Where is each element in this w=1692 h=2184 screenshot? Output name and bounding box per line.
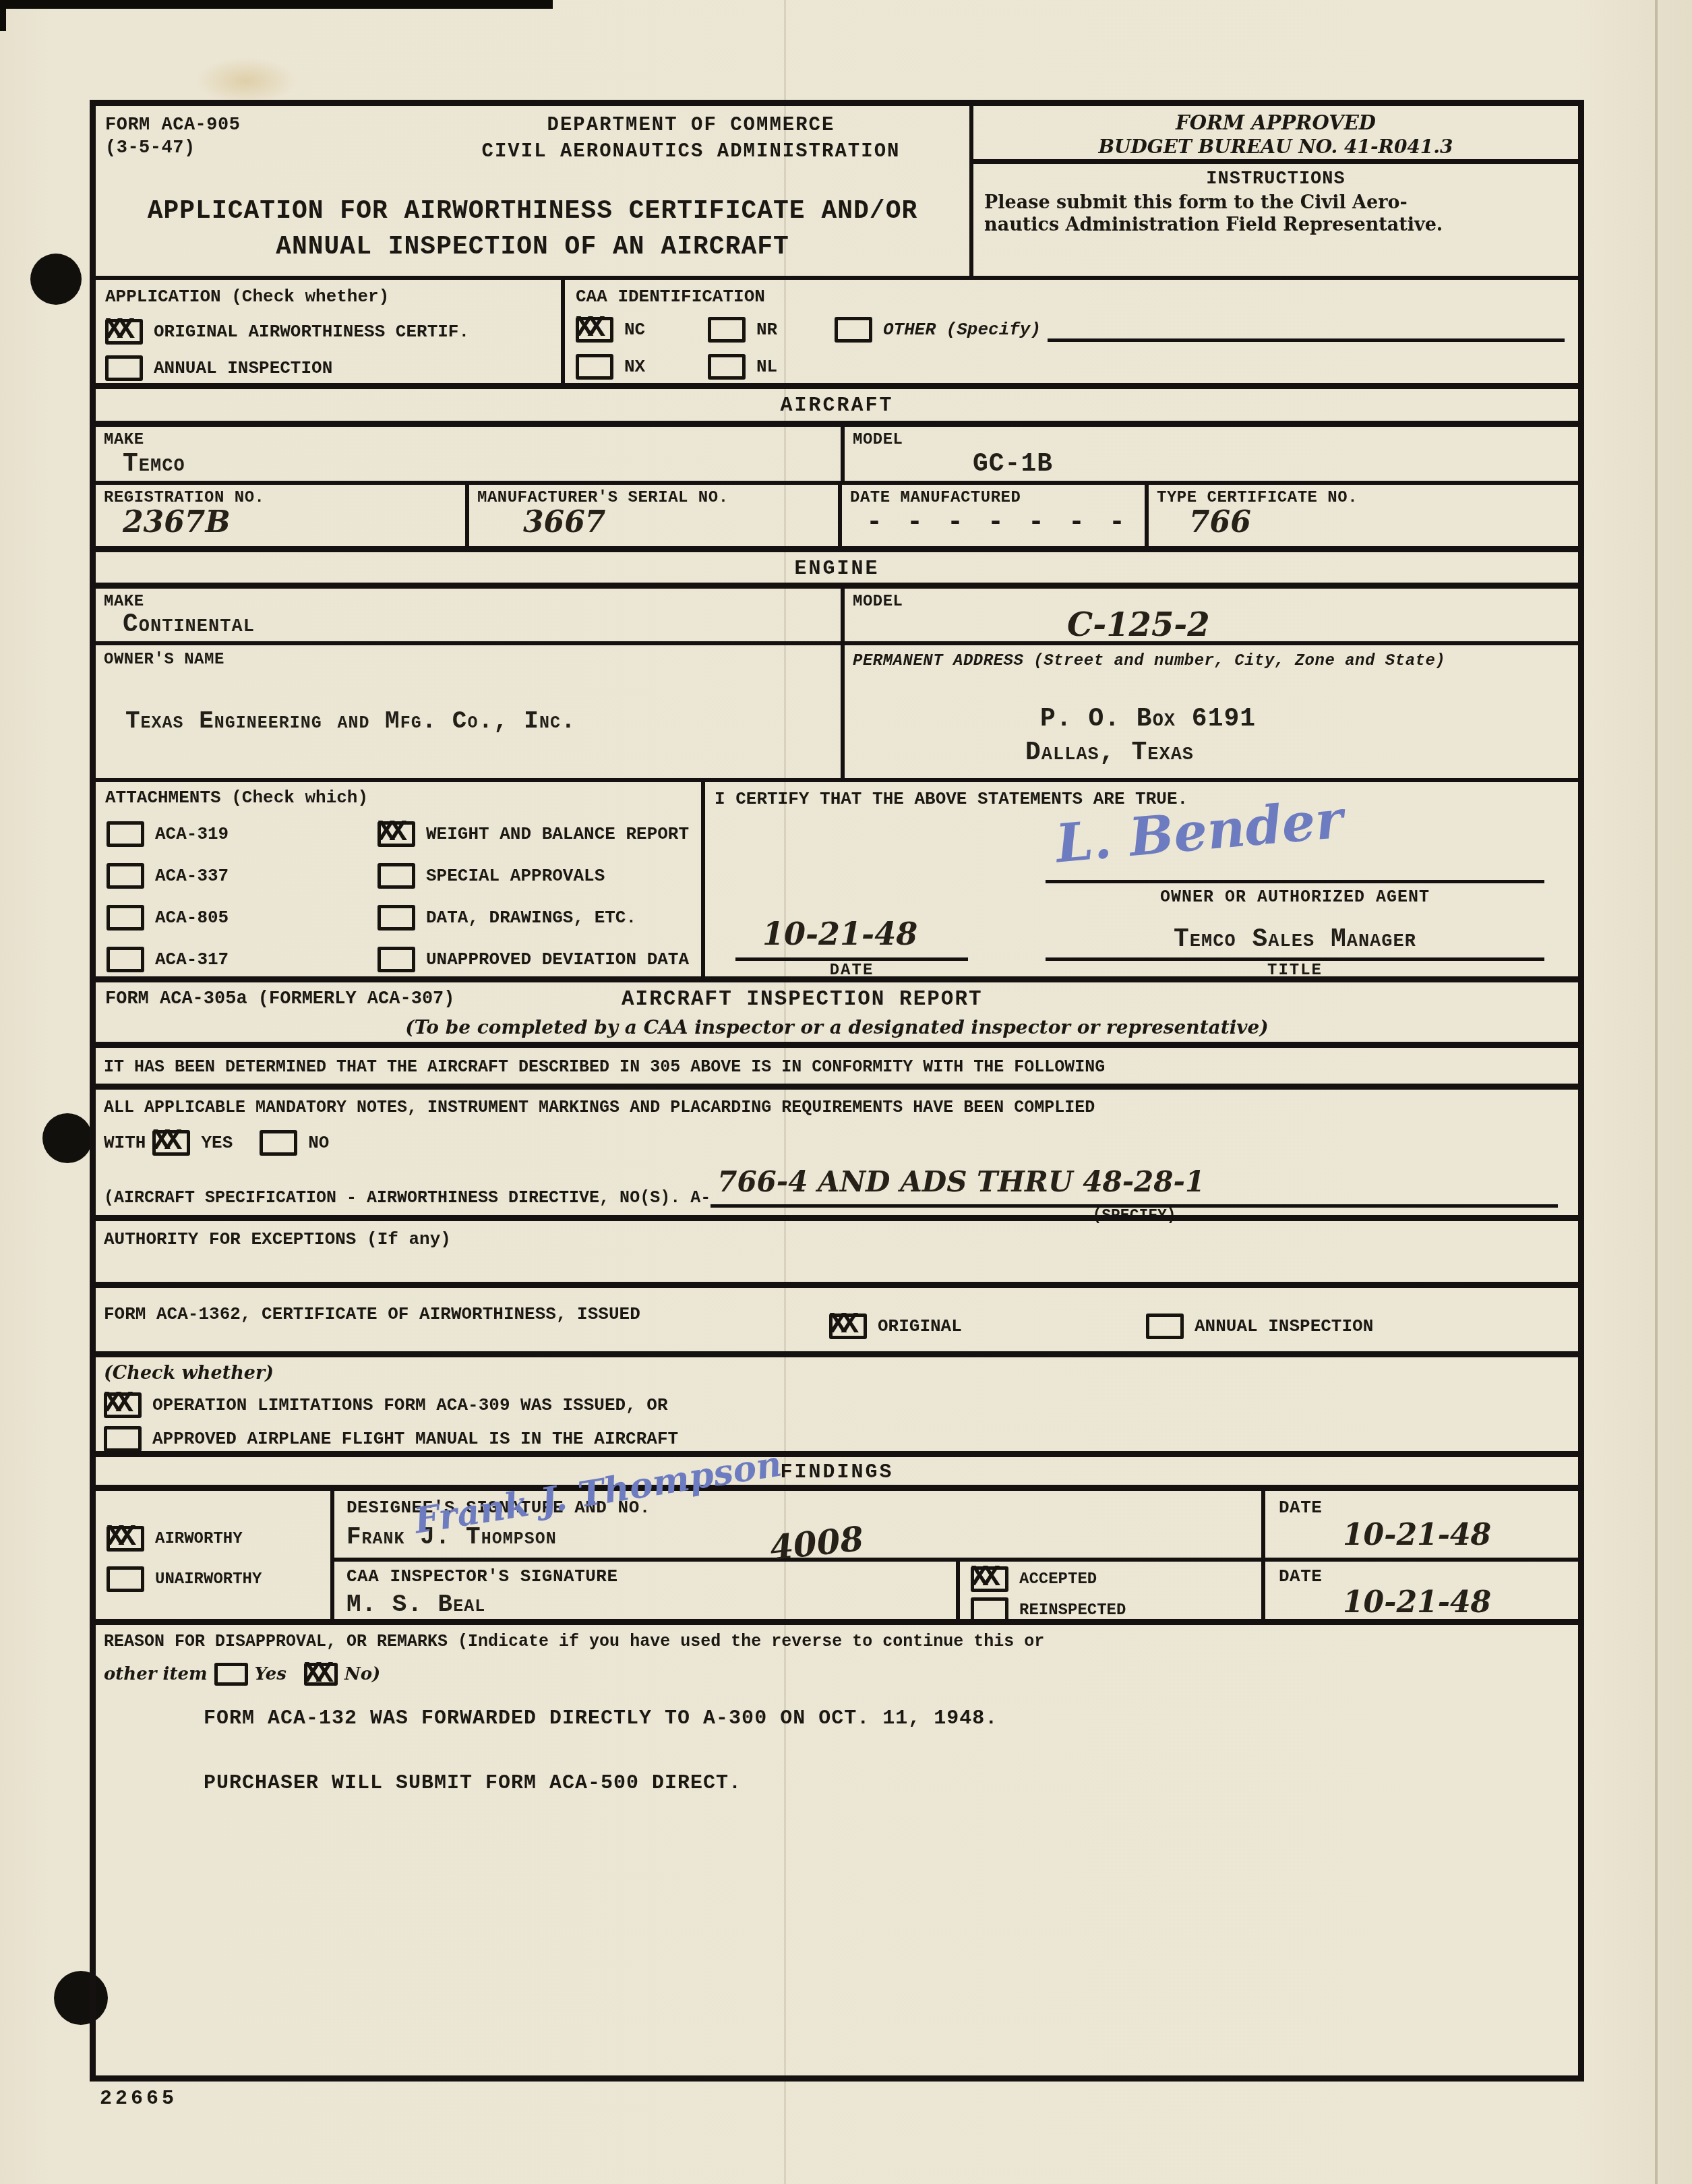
date-label: DATE bbox=[1279, 1498, 1322, 1518]
registration-value: 2367B bbox=[123, 505, 231, 539]
inspection-report-header-cell: FORM ACA-305a (FORMERLY ACA-307) AIRCRAF… bbox=[96, 982, 1578, 1042]
airworthy-option: AIRWORTHY bbox=[107, 1526, 243, 1552]
checkbox-weight-balance bbox=[377, 821, 415, 847]
findings-table: AIRWORTHY UNAIRWORTHY DESIGNEE'S SIGNATU… bbox=[96, 1485, 1578, 1619]
department-block: DEPARTMENT OF COMMERCE CIVIL AERONAUTICS… bbox=[419, 114, 963, 163]
compliance-cell: ALL APPLICABLE MANDATORY NOTES, INSTRUME… bbox=[96, 1090, 1578, 1215]
form-serial-number: 22665 bbox=[100, 2088, 177, 2111]
paper-stain bbox=[195, 57, 297, 105]
application-original-option: ORIGINAL AIRWORTHINESS CERTIF. bbox=[105, 319, 469, 345]
type-certificate-label: TYPE CERTIFICATE NO. bbox=[1157, 489, 1358, 507]
checkbox-label: ORIGINAL AIRWORTHINESS CERTIF. bbox=[154, 322, 469, 342]
aircraft-make-value: Temco bbox=[123, 450, 185, 479]
owner-row: OWNER'S NAME Texas Engineering and Mfg. … bbox=[96, 641, 1578, 778]
scan-edge-artifact bbox=[0, 0, 6, 31]
checkbox-label: NL bbox=[756, 357, 777, 377]
checkbox-label: YES bbox=[201, 1133, 233, 1153]
attachment-option: ACA-337 bbox=[107, 863, 229, 889]
checkbox-label: ANNUAL INSPECTION bbox=[154, 358, 332, 378]
application-annual-option: ANNUAL INSPECTION bbox=[105, 355, 332, 381]
form-title-line2: ANNUAL INSPECTION OF AN AIRCRAFT bbox=[96, 233, 969, 262]
checkbox-airworthy bbox=[107, 1526, 144, 1552]
owner-name-value: Texas Engineering and Mfg. Co., Inc. bbox=[125, 707, 576, 735]
checkbox-label: REINSPECTED bbox=[1019, 1601, 1126, 1620]
other-specify-line bbox=[1048, 318, 1565, 342]
determined-cell: IT HAS BEEN DETERMINED THAT THE AIRCRAFT… bbox=[96, 1048, 1578, 1084]
form-305a-number: FORM ACA-305a (FORMERLY ACA-307) bbox=[105, 989, 455, 1009]
department-line: DEPARTMENT OF COMMERCE bbox=[419, 114, 963, 136]
checkbox-special-approvals bbox=[377, 863, 415, 889]
checkbox-label: No) bbox=[344, 1664, 380, 1684]
attachment-option: ACA-319 bbox=[107, 821, 229, 847]
determined-row: IT HAS BEEN DETERMINED THAT THE AIRCRAFT… bbox=[96, 1042, 1578, 1084]
findings-section-title: FINDINGS bbox=[96, 1457, 1578, 1485]
attachments-certification-row: ATTACHMENTS (Check which) ACA-319 ACA-33… bbox=[96, 778, 1578, 976]
type-certificate-value: 766 bbox=[1189, 505, 1251, 539]
budget-approval-box: FORM APPROVED BUDGET BUREAU NO. 41-R041.… bbox=[973, 106, 1578, 164]
remarks-text1: REASON FOR DISAPPROVAL, OR REMARKS (Indi… bbox=[104, 1632, 1044, 1651]
spec-entry-line: 766-4 AND ADS THRU 48-28-1 (SPECIFY) bbox=[711, 1169, 1558, 1208]
check-whether-cell: (Check whether) OPERATION LIMITATIONS FO… bbox=[96, 1357, 1578, 1451]
checkbox-no bbox=[260, 1130, 297, 1156]
serial-value: 3667 bbox=[523, 505, 605, 539]
checkbox-label: NX bbox=[624, 357, 645, 377]
aircraft-make-cell: MAKE Temco bbox=[96, 427, 841, 481]
aircraft-model-cell: MODEL GC-1B bbox=[841, 427, 1578, 481]
checkbox-issued-annual bbox=[1146, 1314, 1184, 1339]
scan-edge-artifact bbox=[0, 0, 553, 9]
caa-nc-option: NC bbox=[576, 317, 645, 343]
checkbox-label: ANNUAL INSPECTION bbox=[1195, 1316, 1373, 1336]
attachment-option: UNAPPROVED DEVIATION DATA bbox=[377, 947, 689, 972]
instructions-title: INSTRUCTIONS bbox=[973, 169, 1578, 189]
form-number: FORM ACA-905 bbox=[105, 115, 240, 136]
checkbox-label: APPROVED AIRPLANE FLIGHT MANUAL IS IN TH… bbox=[152, 1429, 678, 1449]
serial-cell: MANUFACTURER'S SERIAL NO. 3667 bbox=[465, 485, 838, 546]
punch-hole bbox=[30, 254, 82, 305]
aca-1362-row: FORM ACA-1362, CERTIFICATE OF AIRWORTHIN… bbox=[96, 1282, 1578, 1351]
caa-nr-option: NR bbox=[708, 317, 777, 343]
registration-cell: REGISTRATION NO. 2367B bbox=[96, 485, 465, 546]
remarks-typed-line1: FORM ACA-132 WAS FORWARDED DIRECTLY TO A… bbox=[204, 1707, 998, 1730]
model-label: MODEL bbox=[853, 431, 903, 449]
unairworthy-option: UNAIRWORTHY bbox=[107, 1566, 262, 1592]
checkbox-aca-317 bbox=[107, 947, 144, 972]
inspection-report-header: FORM ACA-305a (FORMERLY ACA-307) AIRCRAF… bbox=[96, 976, 1578, 1042]
checkbox-unapproved-deviation bbox=[377, 947, 415, 972]
checkbox-aca-805 bbox=[107, 905, 144, 931]
paper-crease bbox=[1655, 0, 1658, 2184]
header-left: FORM ACA-905 (3-5-47) DEPARTMENT OF COMM… bbox=[96, 106, 969, 276]
checkbox-label: ACCEPTED bbox=[1019, 1570, 1097, 1589]
attachment-option: ACA-317 bbox=[107, 947, 229, 972]
inspector-date-value: 10-21-48 bbox=[1343, 1585, 1491, 1620]
certification-cell: I CERTIFY THAT THE ABOVE STATEMENTS ARE … bbox=[701, 782, 1578, 976]
attachment-option: WEIGHT AND BALANCE REPORT bbox=[377, 821, 689, 847]
spec-label: (AIRCRAFT SPECIFICATION - AIRWORTHINESS … bbox=[104, 1188, 711, 1208]
punch-hole bbox=[42, 1113, 92, 1163]
scanned-form-page: FORM ACA-905 (3-5-47) DEPARTMENT OF COMM… bbox=[0, 0, 1692, 2184]
checkbox-label: WEIGHT AND BALANCE REPORT bbox=[426, 824, 689, 844]
aca-1362-label: FORM ACA-1362, CERTIFICATE OF AIRWORTHIN… bbox=[104, 1304, 640, 1324]
administration-line: CIVIL AERONAUTICS ADMINISTRATION bbox=[419, 140, 963, 163]
checkbox-other bbox=[835, 317, 872, 343]
remarks-label-line2: other item Yes No) bbox=[104, 1663, 380, 1686]
make-label: MAKE bbox=[104, 431, 144, 449]
determined-text: IT HAS BEEN DETERMINED THAT THE AIRCRAFT… bbox=[104, 1057, 1105, 1077]
aircraft-section-title: AIRCRAFT bbox=[96, 389, 1578, 421]
caa-nl-option: NL bbox=[708, 354, 777, 380]
attachments-label: ATTACHMENTS (Check which) bbox=[105, 788, 368, 808]
form-title: APPLICATION FOR AIRWORTHINESS CERTIFICAT… bbox=[96, 197, 969, 262]
caa-other-option: OTHER (Specify) bbox=[835, 317, 1565, 343]
aircraft-registration-row: REGISTRATION NO. 2367B MANUFACTURER'S SE… bbox=[96, 481, 1578, 546]
caa-identification-label: CAA IDENTIFICATION bbox=[576, 287, 765, 307]
checkbox-label: ACA-337 bbox=[155, 866, 229, 886]
authority-row: AUTHORITY FOR EXCEPTIONS (If any) bbox=[96, 1215, 1578, 1282]
checkbox-annual-inspection bbox=[105, 355, 143, 381]
designee-date-value: 10-21-48 bbox=[1343, 1518, 1491, 1552]
checkbox-label: DATA, DRAWINGS, ETC. bbox=[426, 908, 636, 928]
attachment-option: SPECIAL APPROVALS bbox=[377, 863, 605, 889]
checkbox-label: NO bbox=[308, 1133, 329, 1153]
checkbox-nr bbox=[708, 317, 746, 343]
checkbox-label: ACA-317 bbox=[155, 949, 229, 970]
other-item-text: other item bbox=[104, 1664, 208, 1684]
engine-make-value: Continental bbox=[123, 610, 255, 639]
checkbox-flight-manual bbox=[104, 1426, 142, 1452]
checkbox-reverse-yes bbox=[214, 1663, 248, 1686]
address-line1: P. O. Box 6191 bbox=[1040, 705, 1256, 734]
signature-caption: OWNER OR AUTHORIZED AGENT bbox=[1046, 887, 1544, 907]
caa-nx-option: NX bbox=[576, 354, 645, 380]
checkbox-nc bbox=[576, 317, 613, 343]
aircraft-make-model-row: MAKE Temco MODEL GC-1B bbox=[96, 421, 1578, 481]
spec-directive-line: (AIRCRAFT SPECIFICATION - AIRWORTHINESS … bbox=[104, 1169, 1558, 1208]
checkbox-accepted bbox=[971, 1566, 1008, 1592]
checkbox-label: ACA-805 bbox=[155, 908, 229, 928]
form-title-line1: APPLICATION FOR AIRWORTHINESS CERTIFICAT… bbox=[96, 197, 969, 226]
remarks-typed-line2: PURCHASER WILL SUBMIT FORM ACA-500 DIREC… bbox=[204, 1772, 742, 1795]
serial-label: MANUFACTURER'S SERIAL NO. bbox=[477, 489, 729, 507]
checkbox-original-airworthiness bbox=[105, 319, 143, 345]
remarks-label1-text: REASON FOR DISAPPROVAL, OR REMARKS (Indi… bbox=[104, 1632, 1044, 1651]
checkbox-label: UNAPPROVED DEVIATION DATA bbox=[426, 949, 689, 970]
application-section: APPLICATION (Check whether) ORIGINAL AIR… bbox=[96, 276, 1578, 383]
header-right: FORM APPROVED BUDGET BUREAU NO. 41-R041.… bbox=[969, 106, 1578, 276]
owner-address-cell: PERMANENT ADDRESS (Street and number, Ci… bbox=[841, 645, 1578, 778]
date-label: DATE bbox=[1279, 1566, 1322, 1587]
form-revision: (3-5-47) bbox=[105, 138, 195, 158]
registration-label: REGISTRATION NO. bbox=[104, 489, 264, 507]
engine-make-cell: MAKE Continental bbox=[96, 589, 841, 641]
inspection-report-subtitle: (To be completed by a CAA inspector or a… bbox=[96, 1016, 1578, 1038]
attachment-option: ACA-805 bbox=[107, 905, 229, 931]
with-text: WITH bbox=[104, 1133, 146, 1153]
issued-annual-option: ANNUAL INSPECTION bbox=[1146, 1314, 1373, 1339]
checkbox-label: OTHER (Specify) bbox=[883, 320, 1041, 340]
aircraft-model-value: GC-1B bbox=[973, 450, 1053, 479]
date-manufactured-label: DATE MANUFACTURED bbox=[850, 489, 1021, 507]
address-label: PERMANENT ADDRESS (Street and number, Ci… bbox=[853, 651, 1569, 672]
owner-name-cell: OWNER'S NAME Texas Engineering and Mfg. … bbox=[96, 645, 841, 778]
compliance-yes-no: WITH YES NO bbox=[104, 1130, 329, 1156]
date-line bbox=[735, 927, 968, 961]
checkbox-nx bbox=[576, 354, 613, 380]
checkbox-label: AIRWORTHY bbox=[155, 1530, 243, 1548]
checkbox-issued-original bbox=[829, 1314, 867, 1339]
attachment-option: DATA, DRAWINGS, ETC. bbox=[377, 905, 636, 931]
application-label: APPLICATION (Check whether) bbox=[105, 287, 389, 307]
checkbox-label: SPECIAL APPROVALS bbox=[426, 866, 605, 886]
form-approved-line: FORM APPROVED bbox=[973, 111, 1578, 134]
checkbox-aca-337 bbox=[107, 863, 144, 889]
checkbox-label: ACA-319 bbox=[155, 824, 229, 844]
certify-statement: I CERTIFY THAT THE ABOVE STATEMENTS ARE … bbox=[715, 789, 1188, 809]
type-certificate-cell: TYPE CERTIFICATE NO. 766 bbox=[1145, 485, 1578, 546]
findings-divider-h bbox=[330, 1558, 1578, 1562]
caa-identification-cell: CAA IDENTIFICATION NC NR OTHER (Specify)… bbox=[561, 280, 1578, 383]
form-header: FORM ACA-905 (3-5-47) DEPARTMENT OF COMM… bbox=[96, 106, 1578, 276]
compliance-text: ALL APPLICABLE MANDATORY NOTES, INSTRUME… bbox=[104, 1098, 1095, 1117]
remarks-label-line1: REASON FOR DISAPPROVAL, OR REMARKS (Indi… bbox=[104, 1632, 1044, 1651]
findings-divider-v2 bbox=[1261, 1491, 1265, 1619]
checkbox-unairworthy bbox=[107, 1566, 144, 1592]
inspection-report-title: AIRCRAFT INSPECTION REPORT bbox=[622, 988, 983, 1011]
date-manufactured-cell: DATE MANUFACTURED - - - - - - - bbox=[838, 485, 1145, 546]
checkbox-label: NC bbox=[624, 320, 645, 340]
spec-value: 766-4 AND ADS THRU 48-28-1 bbox=[717, 1165, 1205, 1198]
authority-cell: AUTHORITY FOR EXCEPTIONS (If any) bbox=[96, 1221, 1578, 1282]
engine-model-cell: MODEL C-125-2 bbox=[841, 589, 1578, 641]
findings-section-band: FINDINGS bbox=[96, 1451, 1578, 1485]
authority-label: AUTHORITY FOR EXCEPTIONS (If any) bbox=[104, 1229, 451, 1249]
engine-model-value: C-125-2 bbox=[1067, 606, 1210, 644]
check-whether-row: (Check whether) OPERATION LIMITATIONS FO… bbox=[96, 1351, 1578, 1451]
checkbox-label: UNAIRWORTHY bbox=[155, 1570, 262, 1589]
budget-bureau-line: BUDGET BUREAU NO. 41-R041.3 bbox=[973, 136, 1578, 158]
checkbox-nl bbox=[708, 354, 746, 380]
findings-divider-v1 bbox=[330, 1491, 334, 1619]
check-whether-label: (Check whether) bbox=[104, 1363, 274, 1384]
owner-name-label: OWNER'S NAME bbox=[104, 651, 224, 669]
checkbox-label: NR bbox=[756, 320, 777, 340]
address-line2: Dallas, Texas bbox=[1025, 738, 1194, 767]
form-305a-formerly: (FORMERLY ACA-307) bbox=[258, 989, 455, 1009]
instructions-line2: nautics Administration Field Representat… bbox=[984, 214, 1578, 235]
form-aca-905: FORM ACA-905 (3-5-47) DEPARTMENT OF COMM… bbox=[90, 100, 1584, 2082]
inspector-name: M. S. Beal bbox=[346, 1591, 485, 1618]
remarks-row: REASON FOR DISAPPROVAL, OR REMARKS (Indi… bbox=[96, 1619, 1578, 2075]
instructions-line1: Please submit this form to the Civil Aer… bbox=[984, 192, 1578, 213]
attachments-cell: ATTACHMENTS (Check which) ACA-319 ACA-33… bbox=[96, 782, 701, 976]
checkbox-yes bbox=[152, 1130, 190, 1156]
checkbox-label: ORIGINAL bbox=[878, 1316, 962, 1336]
issued-original-option: ORIGINAL bbox=[829, 1314, 962, 1339]
signature-line bbox=[1046, 850, 1544, 883]
engine-section-band: ENGINE bbox=[96, 546, 1578, 583]
operation-limitations-option: OPERATION LIMITATIONS FORM ACA-309 WAS I… bbox=[104, 1392, 668, 1418]
accepted-option: ACCEPTED bbox=[971, 1566, 1097, 1592]
date-manufactured-value: - - - - - - - bbox=[866, 508, 1129, 538]
flight-manual-option: APPROVED AIRPLANE FLIGHT MANUAL IS IN TH… bbox=[104, 1426, 678, 1452]
application-cell: APPLICATION (Check whether) ORIGINAL AIR… bbox=[96, 280, 561, 383]
inspector-signature-label: CAA INSPECTOR'S SIGNATURE bbox=[346, 1566, 618, 1587]
checkbox-aca-319 bbox=[107, 821, 144, 847]
title-line bbox=[1046, 927, 1544, 961]
checkbox-label: Yes bbox=[255, 1664, 286, 1684]
form-305a-no-text: FORM ACA-305a bbox=[105, 989, 247, 1009]
checkbox-label: OPERATION LIMITATIONS FORM ACA-309 WAS I… bbox=[152, 1395, 668, 1415]
model-label: MODEL bbox=[853, 593, 903, 611]
instructions-box: INSTRUCTIONS Please submit this form to … bbox=[973, 169, 1578, 235]
checkbox-data-drawings bbox=[377, 905, 415, 931]
engine-section-title: ENGINE bbox=[96, 552, 1578, 583]
checkbox-reverse-no bbox=[304, 1663, 338, 1686]
engine-make-model-row: MAKE Continental MODEL C-125-2 bbox=[96, 583, 1578, 641]
aircraft-section-band: AIRCRAFT bbox=[96, 383, 1578, 421]
compliance-row: ALL APPLICABLE MANDATORY NOTES, INSTRUME… bbox=[96, 1084, 1578, 1215]
checkbox-operation-limitations bbox=[104, 1392, 142, 1418]
aca-1362-cell: FORM ACA-1362, CERTIFICATE OF AIRWORTHIN… bbox=[96, 1288, 1578, 1351]
findings-divider-v3 bbox=[956, 1562, 960, 1625]
make-label: MAKE bbox=[104, 593, 144, 611]
